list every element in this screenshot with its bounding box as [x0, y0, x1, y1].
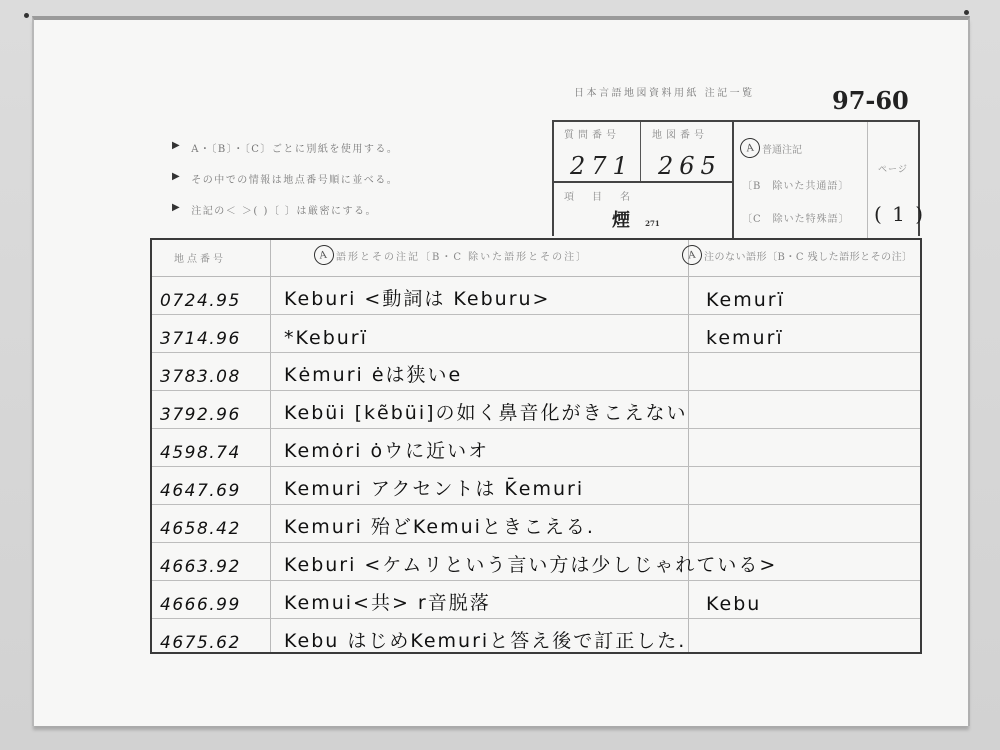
column-header-alt: A 注のない語形〔B・C 残した語形とその注〕 [682, 245, 913, 265]
table-row: 4658.42Kemuri 殆どKemuiときこえる. [152, 504, 920, 543]
item-name: 煙 271 [612, 206, 660, 232]
table-row: 4663.92Keburi <ケムリという言い方は少しじゃれている> [152, 542, 920, 581]
triangle-bullet-icon: ▶ [172, 171, 181, 182]
alt-form: kemurï [706, 327, 784, 349]
divider [867, 122, 868, 238]
word-form: Kemuri 殆どKemuiときこえる. [284, 512, 595, 539]
table-row: 4666.99Kemui<共> r音脱落Kebu [152, 580, 920, 619]
table-row: 0724.95Keburi <動詞は Keburu>Kemurï [152, 276, 920, 315]
form-number: 97-60 [832, 86, 909, 115]
alt-form: Kemurï [706, 289, 785, 311]
divider [640, 122, 641, 182]
word-form: Kemuri アクセントは K̄emuri [284, 474, 584, 501]
point-number: 3783.08 [160, 367, 241, 387]
instruction-text: A・〔B〕・〔C〕ごとに別紙を使用する。 [191, 140, 398, 155]
map-number-value: 265 [658, 152, 722, 180]
point-number: 0724.95 [160, 291, 241, 311]
point-number: 4647.69 [160, 481, 241, 501]
table-row: 4598.74Kemȯri ȯウに近いオ [152, 428, 920, 467]
word-form: Kebu はじめKemuriと答え後で訂正した. [284, 626, 686, 653]
category-c-label: 〔C 除いた特殊語〕 [742, 210, 850, 225]
category-a-label: 普通注記 [762, 141, 802, 156]
question-number-value: 271 [570, 152, 634, 180]
category-b-label: 〔B 除いた共通語〕 [742, 177, 849, 192]
point-number: 4598.74 [160, 443, 241, 463]
instruction-text: その中での情報は地点番号順に並べる。 [191, 171, 398, 186]
column-header-form-label: 語形とその注記〔B・C 除いた語形とその注〕 [336, 248, 588, 263]
instruction-item: ▶ その中での情報は地点番号順に並べる。 [172, 171, 398, 202]
question-number-cell: 質問番号 [564, 126, 620, 141]
word-form: Kebüi [kẽbüi]の如く鼻音化がきこえない [284, 398, 688, 425]
map-number-label: 地図番号 [652, 126, 708, 141]
alt-form: Kebu [706, 593, 761, 615]
divider [732, 122, 734, 238]
item-name-label: 項目名 [564, 188, 648, 203]
item-name-value: 煙 [612, 210, 630, 231]
table-row: 4647.69Kemuri アクセントは K̄emuri [152, 466, 920, 505]
pin-mark [964, 10, 969, 15]
column-header-point: 地点番号 [174, 250, 226, 265]
point-number: 4666.99 [160, 595, 241, 615]
instructions: ▶ A・〔B〕・〔C〕ごとに別紙を使用する。 ▶ その中での情報は地点番号順に並… [172, 140, 398, 233]
circled-a-mark: A [313, 244, 336, 267]
table-row: 4675.62Kebu はじめKemuriと答え後で訂正した. [152, 618, 920, 656]
point-number: 4663.92 [160, 557, 241, 577]
table-row: 3783.08Kėmuri ėは狭いe [152, 352, 920, 391]
instruction-item: ▶ A・〔B〕・〔C〕ごとに別紙を使用する。 [172, 140, 398, 171]
circled-a-mark: A [681, 244, 704, 267]
question-number-label: 質問番号 [564, 126, 620, 141]
word-form: Kėmuri ėは狭いe [284, 360, 462, 387]
entries-table: 地点番号 A 語形とその注記〔B・C 除いた語形とその注〕 A 注のない語形〔B… [150, 238, 922, 654]
page-label: ページ [878, 162, 908, 175]
column-header-alt-label: 注のない語形〔B・C 残した語形とその注〕 [704, 248, 913, 263]
point-number: 4658.42 [160, 519, 241, 539]
table-row: 3792.96Kebüi [kẽbüi]の如く鼻音化がきこえない [152, 390, 920, 429]
word-form: Keburi <ケムリという言い方は少しじゃれている> [284, 550, 777, 577]
item-name-code: 271 [645, 219, 660, 228]
page-value: ( 1 ) [874, 202, 925, 226]
category-a: A 普通注記 [740, 138, 802, 158]
instruction-text: 注記の＜ ＞( )〔 〕は厳密にする。 [191, 202, 377, 217]
instruction-item: ▶ 注記の＜ ＞( )〔 〕は厳密にする。 [172, 202, 398, 233]
form-title: 日本言語地図資料用紙 注記一覧 [574, 84, 755, 99]
table-header: 地点番号 A 語形とその注記〔B・C 除いた語形とその注〕 A 注のない語形〔B… [152, 240, 920, 277]
point-number: 4675.62 [160, 633, 241, 653]
word-form: *Keburï [284, 327, 368, 349]
triangle-bullet-icon: ▶ [172, 202, 181, 213]
triangle-bullet-icon: ▶ [172, 140, 181, 151]
point-number: 3792.96 [160, 405, 241, 425]
point-number: 3714.96 [160, 329, 241, 349]
word-form: Kemȯri ȯウに近いオ [284, 436, 489, 463]
map-number-cell: 地図番号 [652, 126, 708, 141]
column-header-form: A 語形とその注記〔B・C 除いた語形とその注〕 [314, 245, 588, 265]
word-form: Keburi <動詞は Keburu> [284, 284, 550, 311]
circled-a-mark: A [739, 137, 762, 160]
pin-mark [24, 13, 29, 18]
divider [554, 181, 733, 183]
word-form: Kemui<共> r音脱落 [284, 588, 491, 615]
header-box: 質問番号 271 地図番号 265 項目名 煙 271 A 普通注記 〔B 除い… [552, 120, 920, 236]
table-row: 3714.96*Keburïkemurï [152, 314, 920, 353]
